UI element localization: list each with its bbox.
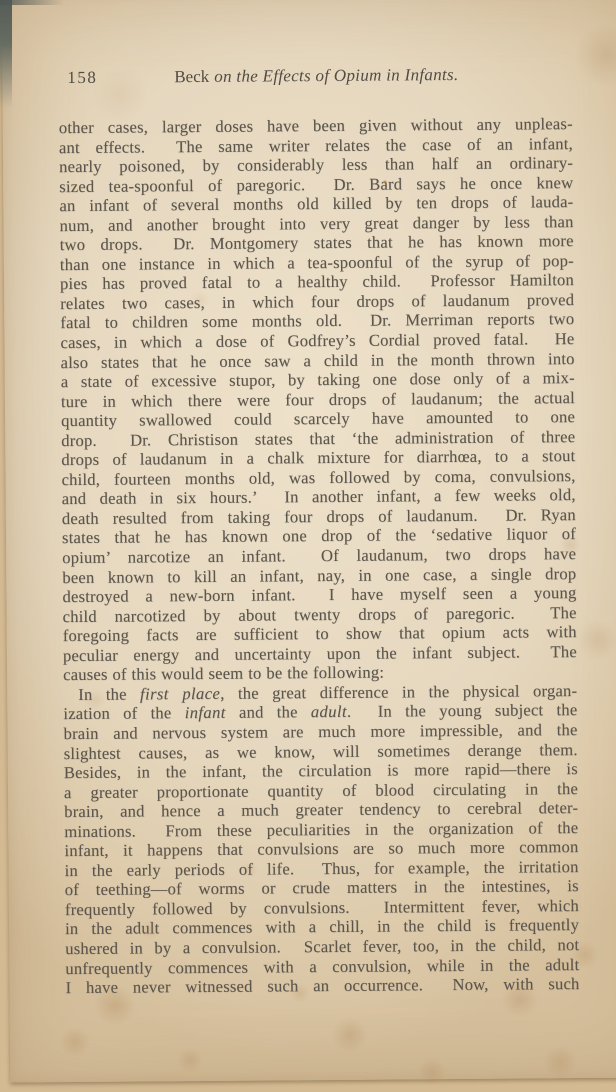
running-header: 158 Beckon the Effects of Opium in Infan… (0, 64, 612, 93)
page-paper: 158 Beckon the Effects of Opium in Infan… (2, 0, 616, 1083)
header-author: Beck (174, 67, 209, 86)
scanned-book-page: 158 Beckon the Effects of Opium in Infan… (0, 0, 616, 1092)
corner-shadow (0, 0, 12, 108)
top-edge-shadow (0, 0, 64, 5)
header-title-italic: on the Effects of Opium in Infants. (214, 65, 458, 86)
text-line: I have never witnessed such an occurrenc… (65, 974, 579, 998)
page-content: 158 Beckon the Effects of Opium in Infan… (0, 0, 616, 1092)
header-title: Beckon the Effects of Opium in Infants. (20, 64, 612, 89)
body-text: other cases, larger doses have been give… (59, 114, 580, 998)
